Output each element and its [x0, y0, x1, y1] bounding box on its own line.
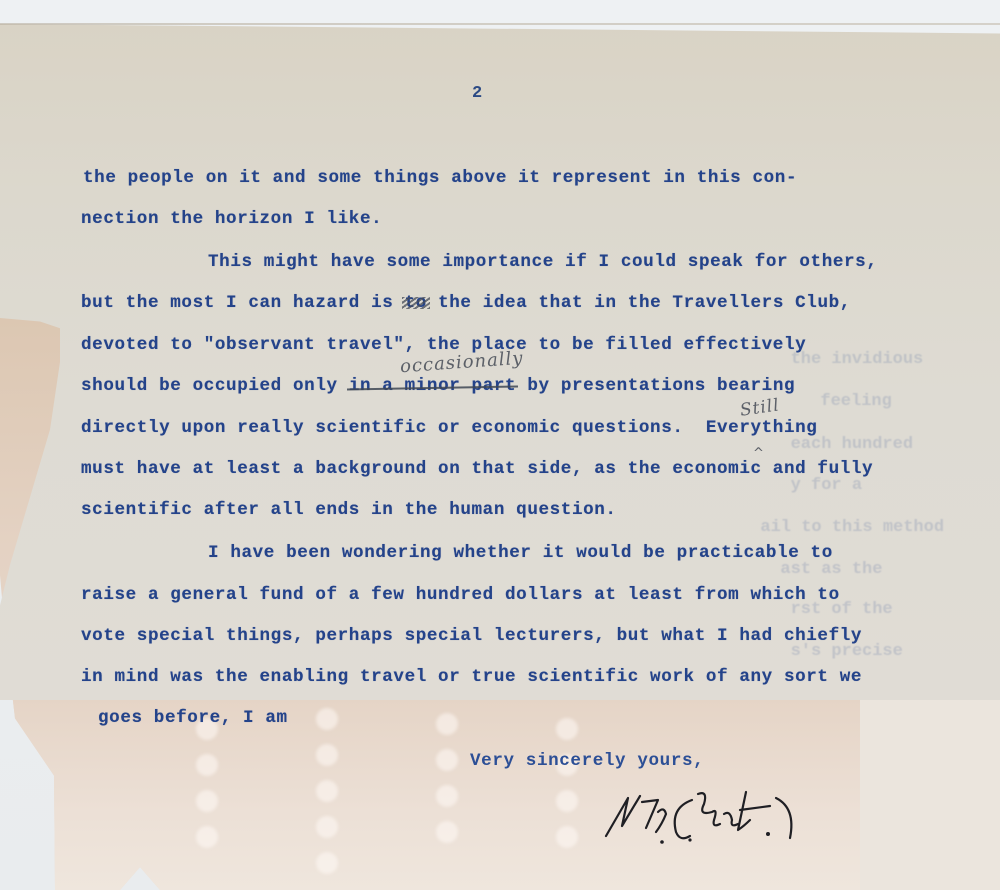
- body-line: vote special things, perhaps special lec…: [81, 626, 862, 646]
- struck-phrase: in a minor part: [349, 376, 516, 396]
- body-line: This might have some importance if I cou…: [208, 252, 877, 272]
- body-line: but the most I can hazard is to the idea…: [81, 293, 851, 313]
- body-line-text: should be occupied only: [81, 376, 338, 396]
- body-line: directly upon really scientific or econo…: [81, 418, 817, 438]
- body-line: devoted to "observant travel", the place…: [81, 335, 806, 355]
- body-line-text: the idea that in the Travellers Club,: [427, 293, 851, 313]
- body-line: I have been wondering whether it would b…: [208, 543, 833, 563]
- body-line: should be occupied only in a minor part …: [81, 376, 795, 396]
- body-line-text: by presentations bearing: [516, 376, 795, 396]
- body-line: scientific after all ends in the human q…: [81, 500, 617, 520]
- body-line: in mind was the enabling travel or true …: [81, 667, 862, 687]
- struck-word: to: [405, 293, 427, 313]
- insertion-caret-icon: ^: [753, 446, 764, 461]
- continuation-line: goes before, I am: [98, 708, 288, 728]
- closing-salutation: Very sincerely yours,: [470, 751, 704, 771]
- body-line: raise a general fund of a few hundred do…: [81, 585, 840, 605]
- body-line-text: but the most I can hazard is: [81, 293, 393, 313]
- body-line: the people on it and some things above i…: [83, 168, 797, 188]
- body-line: nection the horizon I like.: [81, 209, 382, 229]
- handwritten-signature: [600, 780, 810, 850]
- body-line: must have at least a background on that …: [81, 459, 873, 479]
